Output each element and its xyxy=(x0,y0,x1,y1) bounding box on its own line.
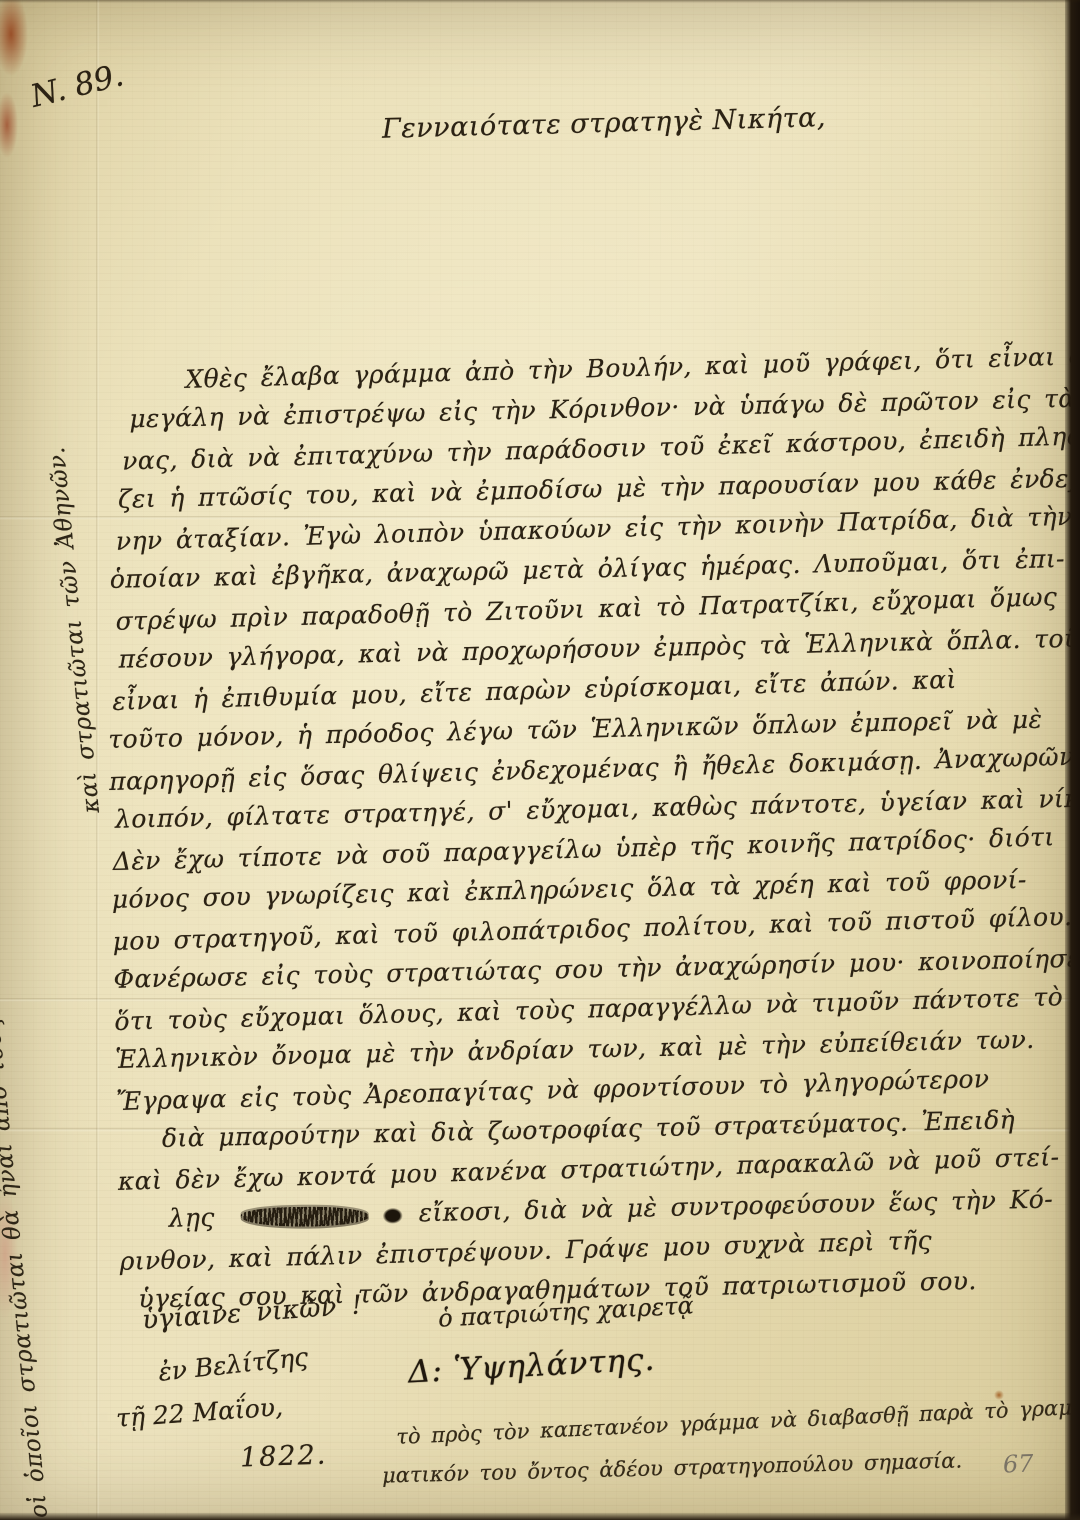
rust-stain-left xyxy=(0,92,18,158)
scan-edge-top xyxy=(0,0,1080,3)
dateline-day: τῇ 22 Μαΐου, xyxy=(115,1392,284,1433)
ink-blot xyxy=(383,1208,403,1224)
scan-edge-right xyxy=(1065,0,1080,1520)
dateline-year: 1822. xyxy=(239,1439,327,1473)
letter-page: N. 89. Γενναιότατε στρατηγὲ Νικήτα, οἱ ὁ… xyxy=(0,0,1080,1520)
letter-body: Χθὲς ἔλαβα γράμμα ἀπὸ τὴν Βουλήν, καὶ μο… xyxy=(100,339,1080,1320)
folio-number: 67 xyxy=(1003,1449,1035,1478)
crossed-out-word xyxy=(241,1205,369,1228)
postscript-line-1: τὸ πρὸς τὸν καπετανέον γράμμα νὰ διαβασθ… xyxy=(396,1395,1080,1449)
archive-number: N. 89. xyxy=(27,57,127,115)
scan-edge-bottom xyxy=(0,1513,1080,1520)
body-line-fragment: λῃς xyxy=(168,1203,215,1233)
rust-stain-top-left xyxy=(0,0,28,76)
signature-name: Δ: Ὑψηλάντης. xyxy=(407,1342,656,1391)
postscript-line-2: ματικόν του ὄντος ἀδέου στρατηγοπούλου σ… xyxy=(382,1448,963,1487)
dateline-place: ἐν Βελίτζης xyxy=(157,1342,310,1387)
margin-note-outer: οἱ ὁποῖοι στρατιῶται θὰ ἦναι ἀπὸ τοὺς ἐδ… xyxy=(0,217,53,1520)
salutation: Γενναιότατε στρατηγὲ Νικήτα, xyxy=(382,102,827,145)
